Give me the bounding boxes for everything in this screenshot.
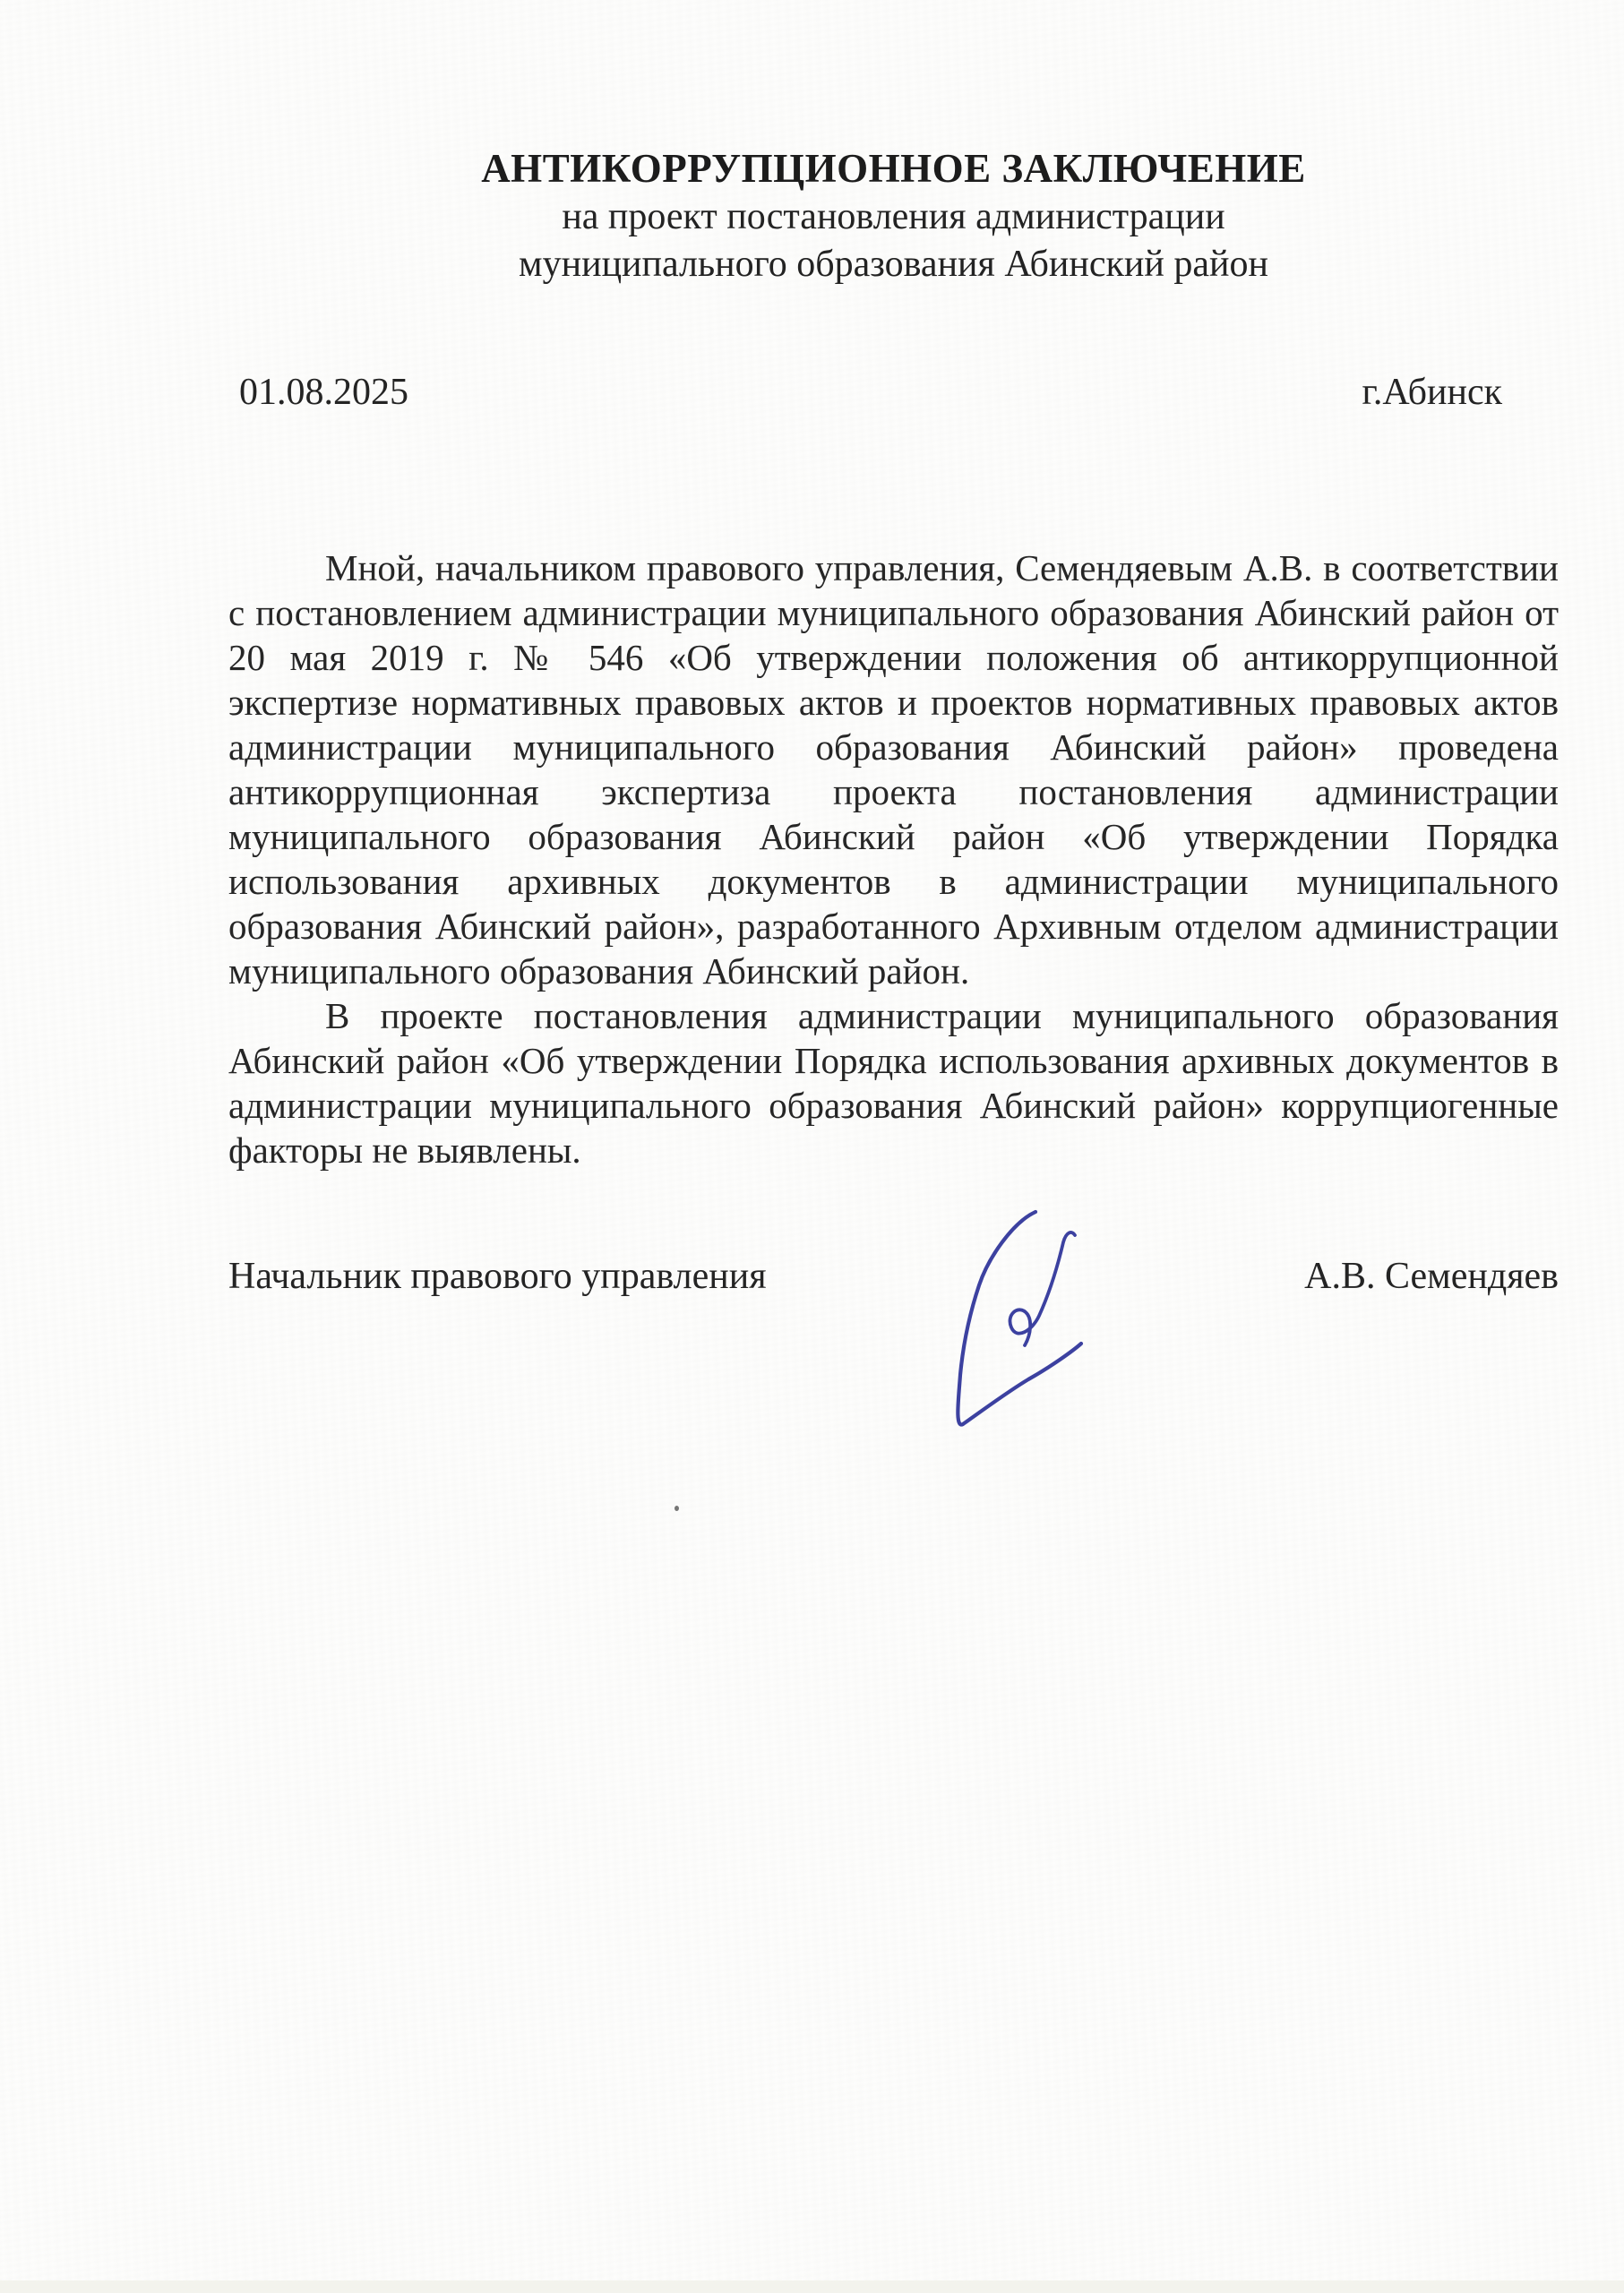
page-subtitle-line2: муниципального образования Абинский райо… [228, 241, 1559, 288]
body-paragraph: В проекте постановления администрации му… [228, 993, 1559, 1172]
scan-speck-artifact [675, 1506, 679, 1511]
document-body: Мной, начальником правового управления, … [228, 545, 1559, 1172]
signature-row: Начальник правового управления А.В. Семе… [228, 1253, 1559, 1300]
date-city-row: 01.08.2025 г.Абинск [228, 369, 1559, 416]
handwritten-signature [939, 1203, 1093, 1438]
signer-name: А.В. Семендяев [1304, 1253, 1559, 1300]
page-title: АНТИКОРРУПЦИОННОЕ ЗАКЛЮЧЕНИЕ [228, 143, 1559, 193]
document-title-block: АНТИКОРРУПЦИОННОЕ ЗАКЛЮЧЕНИЕ на проект п… [228, 143, 1559, 288]
body-paragraph: Мной, начальником правового управления, … [228, 545, 1559, 993]
page-subtitle-line1: на проект постановления администрации [228, 193, 1559, 241]
scanned-document-page: АНТИКОРРУПЦИОННОЕ ЗАКЛЮЧЕНИЕ на проект п… [0, 0, 1624, 2293]
signature-hook-stroke [1010, 1232, 1075, 1345]
signer-position-label: Начальник правового управления [228, 1253, 767, 1300]
scan-edge-artifact [0, 2280, 1624, 2293]
document-content: АНТИКОРРУПЦИОННОЕ ЗАКЛЮЧЕНИЕ на проект п… [228, 0, 1559, 1300]
document-city: г.Абинск [1362, 369, 1502, 416]
document-date: 01.08.2025 [239, 369, 408, 416]
